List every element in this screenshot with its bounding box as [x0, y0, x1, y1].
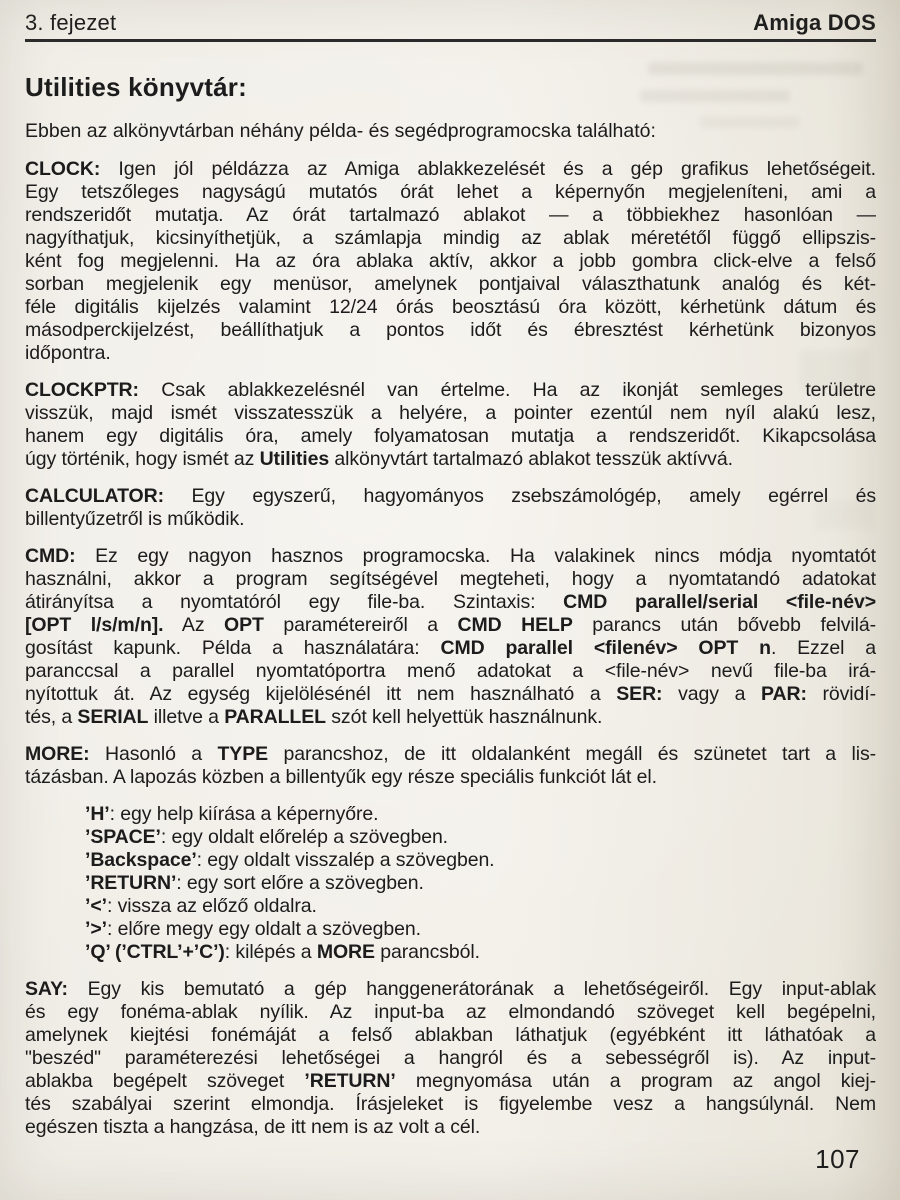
text-line: ’SPACE’: egy oldalt előrelép a szövegben…	[25, 826, 876, 849]
text-line: tázásban. A lapozás közben a billentyűk …	[25, 766, 876, 789]
text-line: "beszéd" paraméterezési lehetőségei a ha…	[25, 1047, 876, 1070]
say-paragraph: SAY: Egy kis bemutató a gép hanggeneráto…	[25, 978, 876, 1139]
text-line: CLOCKPTR: Csak ablakkezelésnél van értel…	[25, 379, 876, 402]
intro-text: Ebben az alkönyvtárban néhány példa- és …	[25, 120, 876, 143]
clockptr-paragraph: CLOCKPTR: Csak ablakkezelésnél van értel…	[25, 379, 876, 471]
text-line: időpontra.	[25, 342, 876, 365]
text-line: úgy történik, hogy ismét az Utilities al…	[25, 448, 876, 471]
text-line: ’H’: egy help kiírása a képernyőre.	[25, 803, 876, 826]
text-line: egészen tiszta a hangzása, de itt nem is…	[25, 1116, 876, 1139]
text-line: használni, akkor a program segítségével …	[25, 568, 876, 591]
text-line: Egy tetszőleges nagyságú mutatós órát le…	[25, 181, 876, 204]
text-line: ’Backspace’: egy oldalt visszalép a szöv…	[25, 849, 876, 872]
more-key-list: ’H’: egy help kiírása a képernyőre.’SPAC…	[25, 803, 876, 964]
text-line: gosítást kapunk. Példa a használatára: C…	[25, 637, 876, 660]
text-line: visszük, majd ismét visszatesszük a hely…	[25, 402, 876, 425]
text-line: ’<’: vissza az előző oldalra.	[25, 895, 876, 918]
page-number: 107	[815, 1144, 860, 1175]
book-page: 3. fejezet Amiga DOS Utilities könyvtár:…	[0, 0, 900, 1200]
text-line: ablakba begépelt szöveget ’RETURN’ megny…	[25, 1070, 876, 1093]
text-line: nyítottuk át. Az egység kijelölésénél it…	[25, 683, 876, 706]
text-line: féle digitális kijelzés valamint 12/24 ó…	[25, 296, 876, 319]
text-line: billentyűzetről is működik.	[25, 508, 876, 531]
text-line: CMD: Ez egy nagyon hasznos programocska.…	[25, 545, 876, 568]
content-blocks: CLOCK: Igen jól példázza az Amiga ablakk…	[25, 158, 876, 1139]
text-line: ’>’: előre megy egy oldalt a szövegben.	[25, 918, 876, 941]
text-line: sorban megjelenik egy menüsor, amelynek …	[25, 273, 876, 296]
text-line: hanem egy digitális óra, amely folyamato…	[25, 425, 876, 448]
text-line: rendszeridőt mutatja. Az órát tartalmazó…	[25, 204, 876, 227]
text-line: CLOCK: Igen jól példázza az Amiga ablakk…	[25, 158, 876, 181]
text-line: paranccsal a parallel nyomtatóportra men…	[25, 660, 876, 683]
text-line: SAY: Egy kis bemutató a gép hanggeneráto…	[25, 978, 876, 1001]
text-line: átirányítsa a nyomtatóról egy file-ba. S…	[25, 591, 876, 614]
text-line: tés, a SERIAL illetve a PARALLEL szót ke…	[25, 706, 876, 729]
section-title: Utilities könyvtár:	[25, 72, 876, 103]
text-line: nagyíthatjuk, kicsinyíthetjük, a számlap…	[25, 227, 876, 250]
book-title-label: Amiga DOS	[753, 10, 876, 36]
text-line: MORE: Hasonló a TYPE parancshoz, de itt …	[25, 743, 876, 766]
text-line: ’RETURN’: egy sort előre a szövegben.	[25, 872, 876, 895]
text-line: ’Q’ (’CTRL’+’C’): kilépés a MORE parancs…	[25, 941, 876, 964]
text-line: másodperckijelzést, beállíthatjuk a pont…	[25, 319, 876, 342]
text-line: ként fog megjelenni. Ha az óra ablaka ak…	[25, 250, 876, 273]
more-paragraph: MORE: Hasonló a TYPE parancshoz, de itt …	[25, 743, 876, 789]
running-head: 3. fejezet Amiga DOS	[25, 10, 876, 42]
clock-paragraph: CLOCK: Igen jól példázza az Amiga ablakk…	[25, 158, 876, 365]
text-line: és egy fonéma-ablak nyílik. Az input-ba …	[25, 1001, 876, 1024]
text-line: [OPT l/s/m/n]. Az OPT paramétereiről a C…	[25, 614, 876, 637]
calculator-paragraph: CALCULATOR: Egy egyszerű, hagyományos zs…	[25, 485, 876, 531]
text-line: amelynek kiejtési fonémáját a felső abla…	[25, 1024, 876, 1047]
text-line: tés szabályai szerint elmondja. Írásjele…	[25, 1093, 876, 1116]
cmd-paragraph: CMD: Ez egy nagyon hasznos programocska.…	[25, 545, 876, 729]
text-line: CALCULATOR: Egy egyszerű, hagyományos zs…	[25, 485, 876, 508]
chapter-label: 3. fejezet	[25, 10, 116, 36]
